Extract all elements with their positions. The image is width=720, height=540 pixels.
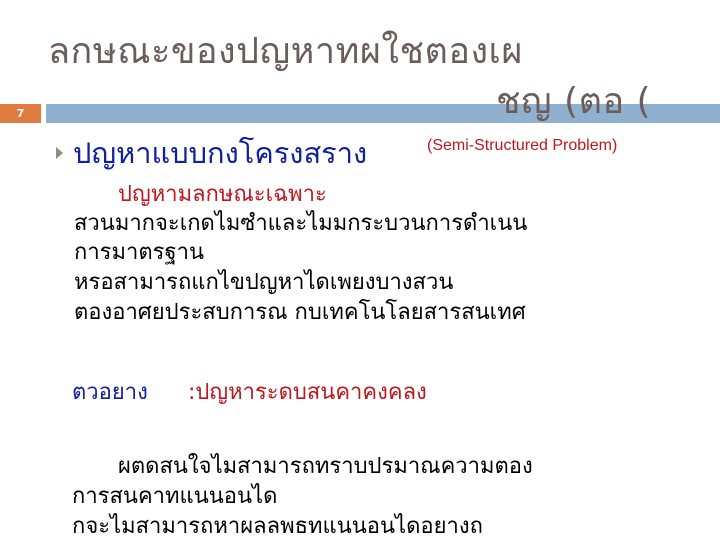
bullet-english-label: (Semi-Structured Problem) xyxy=(427,137,617,155)
example-label: ตวอยาง xyxy=(72,374,148,409)
bullet-item: ปญหาแบบกงโครงสราง xyxy=(56,130,367,176)
example-line: กจะไมสามารถหาผลลพธทแนนอนไดอยางถ xyxy=(72,508,483,540)
example-value: :ปญหาระดบสนคาคงคลง xyxy=(188,374,427,409)
slide-title-line-1: ลกษณะของปญหาทผใชตองเผ xyxy=(48,22,523,79)
body-line: ตองอาศยประสบการณ กบเทคโนโลยสารสนเทศ xyxy=(74,294,526,329)
slide-number: 7 xyxy=(0,104,41,123)
slide: ลกษณะของปญหาทผใชตองเผ 7 ชญ (ตอ ( ปญหาแบบ… xyxy=(0,0,720,540)
bullet-heading: ปญหาแบบกงโครงสราง xyxy=(73,130,367,176)
slide-title-line-2: ชญ (ตอ ( xyxy=(496,72,651,129)
triangle-right-icon xyxy=(56,147,63,159)
